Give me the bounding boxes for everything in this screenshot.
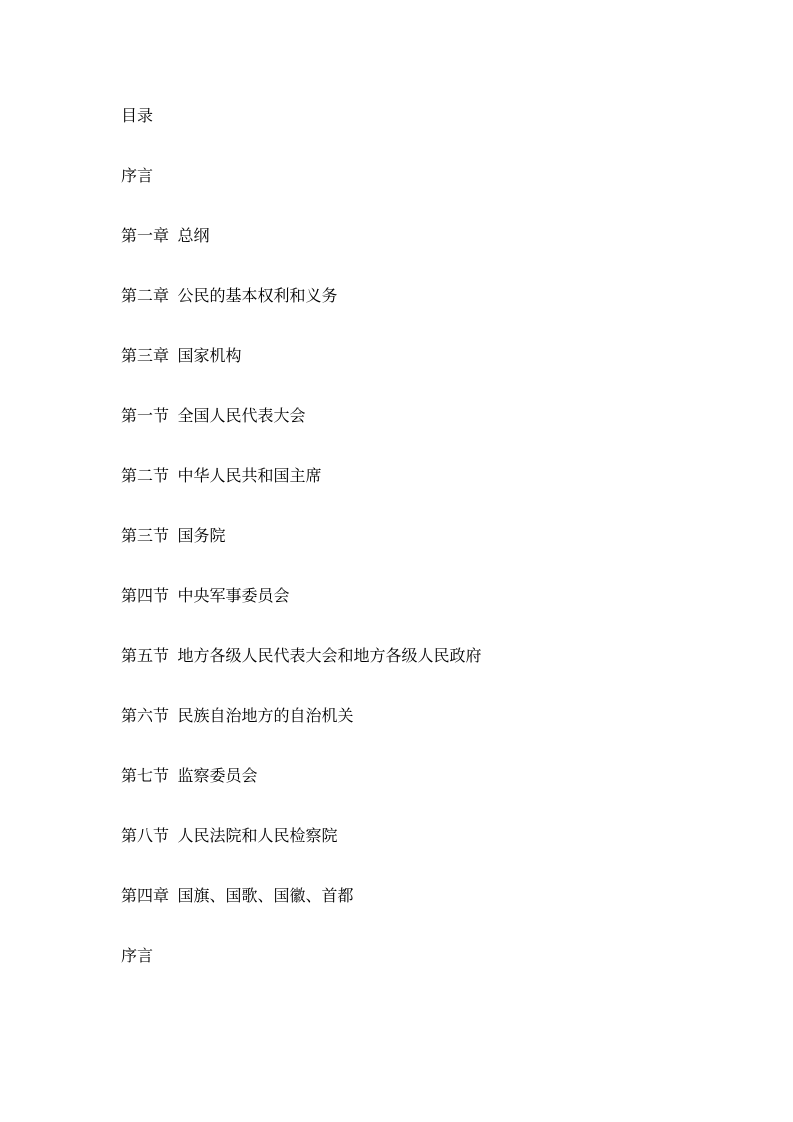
toc-entry-chapter-2: 第二章 公民的基本权利和义务 — [121, 289, 481, 305]
toc-entry-section-1: 第一节 全国人民代表大会 — [121, 409, 481, 425]
document-page: 目录 序言 第一章 总纲 第二章 公民的基本权利和义务 第三章 国家机构 第一节… — [0, 0, 793, 1122]
toc-entry-section-6: 第六节 民族自治地方的自治机关 — [121, 709, 481, 725]
toc-entry-preface: 序言 — [121, 169, 481, 185]
toc-entry-chapter-3: 第三章 国家机构 — [121, 349, 481, 365]
preamble-heading: 序言 — [121, 949, 481, 965]
toc-entry-section-5: 第五节 地方各级人民代表大会和地方各级人民政府 — [121, 649, 481, 665]
toc-heading: 目录 — [121, 109, 481, 125]
toc-entry-section-8: 第八节 人民法院和人民检察院 — [121, 829, 481, 845]
toc-entry-section-2: 第二节 中华人民共和国主席 — [121, 469, 481, 485]
toc-entry-section-7: 第七节 监察委员会 — [121, 769, 481, 785]
toc-entry-section-3: 第三节 国务院 — [121, 529, 481, 545]
toc-entry-chapter-4: 第四章 国旗、国歌、国徽、首都 — [121, 889, 481, 905]
toc-entry-section-4: 第四节 中央军事委员会 — [121, 589, 481, 605]
toc-entry-chapter-1: 第一章 总纲 — [121, 229, 481, 245]
table-of-contents: 目录 序言 第一章 总纲 第二章 公民的基本权利和义务 第三章 国家机构 第一节… — [121, 109, 481, 965]
